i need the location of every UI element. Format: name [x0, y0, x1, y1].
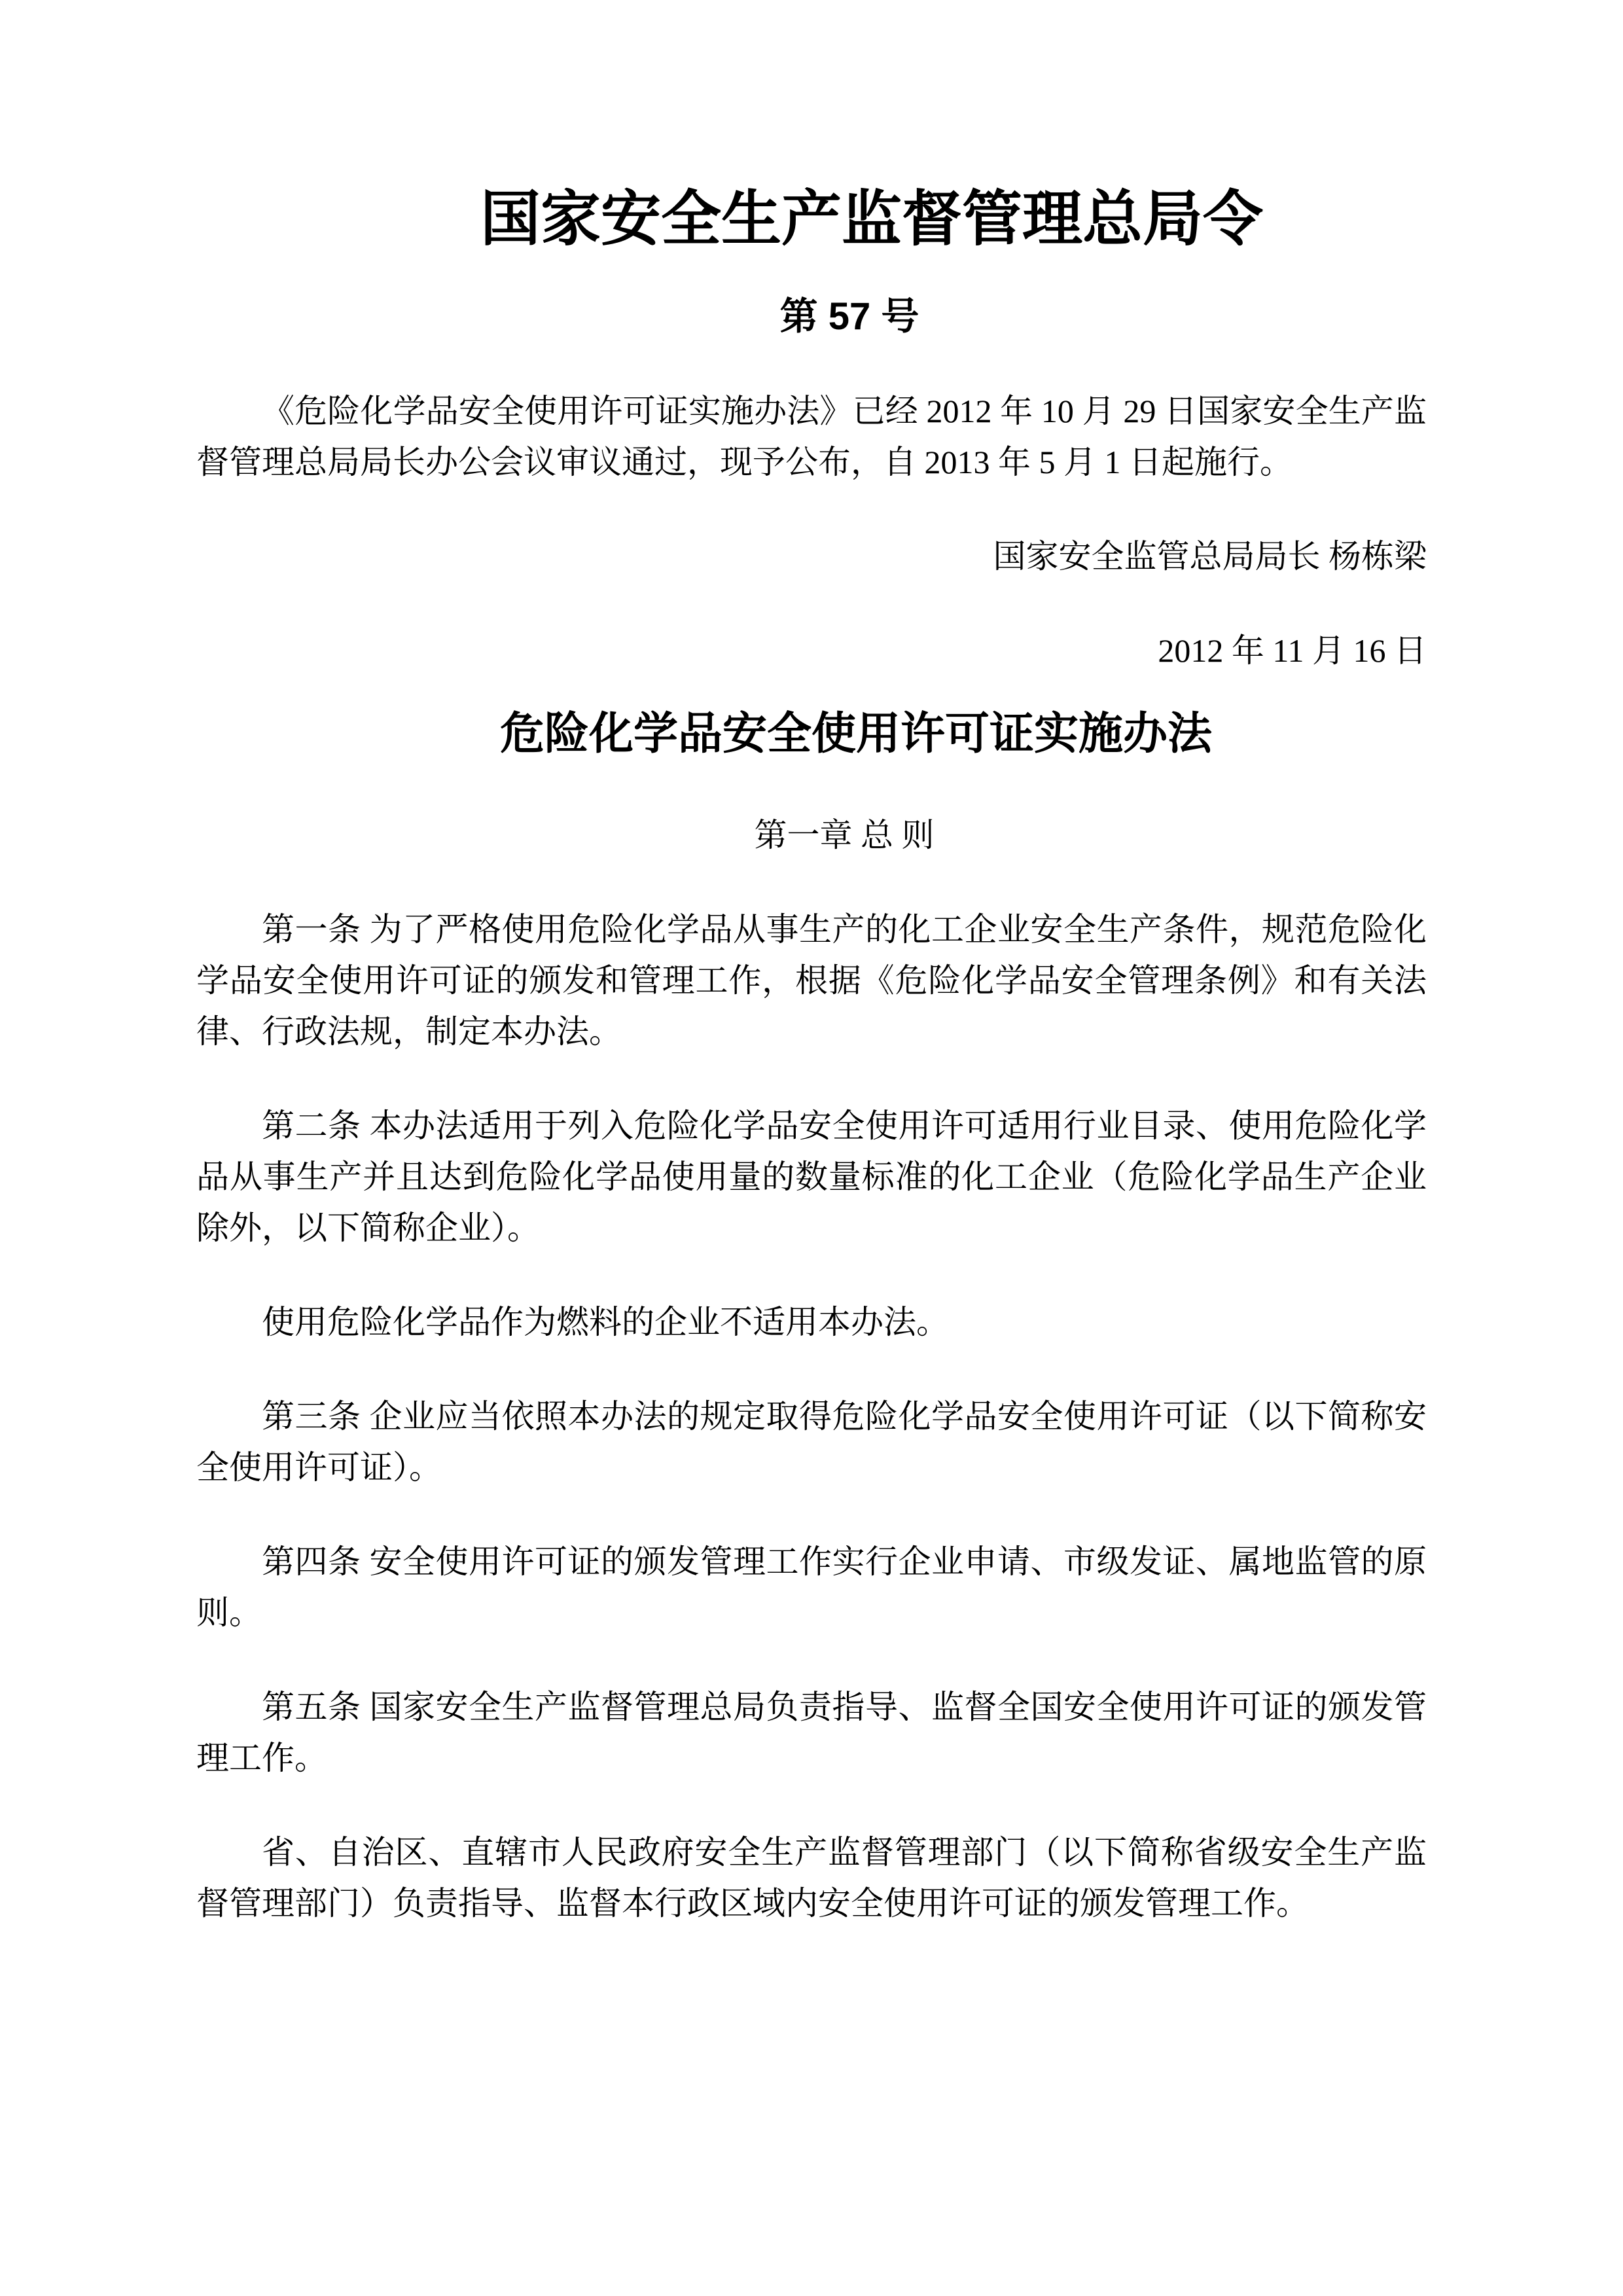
article-paragraph-2-continued: 使用危险化学品作为燃料的企业不适用本办法。	[196, 1297, 1427, 1348]
article-paragraph-4: 第四条 安全使用许可证的颁发管理工作实行企业申请、市级发证、属地监管的原则。	[196, 1536, 1427, 1638]
date-line: 2012 年 11 月 16 日	[196, 625, 1427, 676]
article-paragraph-3: 第三条 企业应当依照本办法的规定取得危险化学品安全使用许可证（以下简称安全使用许…	[196, 1391, 1427, 1493]
article-paragraph-5: 第五条 国家安全生产监督管理总局负责指导、监督全国安全使用许可证的颁发管理工作。	[196, 1681, 1427, 1784]
article-paragraph-5-continued: 省、自治区、直辖市人民政府安全生产监督管理部门（以下简称省级安全生产监督管理部门…	[196, 1827, 1427, 1929]
regulation-title: 危险化学品安全使用许可证实施办法	[196, 701, 1427, 766]
order-title: 国家安全生产监督管理总局令	[196, 180, 1427, 259]
document-page: 国家安全生产监督管理总局令 第 57 号 《危险化学品安全使用许可证实施办法》已…	[0, 0, 1623, 2296]
article-paragraph-1: 第一条 为了严格使用危险化学品从事生产的化工企业安全生产条件，规范危险化学品安全…	[196, 904, 1427, 1057]
order-number: 第 57 号	[196, 291, 1427, 342]
order-announcement: 《危险化学品安全使用许可证实施办法》已经 2012 年 10 月 29 日国家安…	[196, 386, 1427, 488]
article-paragraph-2: 第二条 本办法适用于列入危险化学品安全使用许可适用行业目录、使用危险化学品从事生…	[196, 1100, 1427, 1253]
chapter-heading: 第一章 总 则	[196, 810, 1427, 861]
signature-line: 国家安全监管总局局长 杨栋梁	[196, 531, 1427, 582]
